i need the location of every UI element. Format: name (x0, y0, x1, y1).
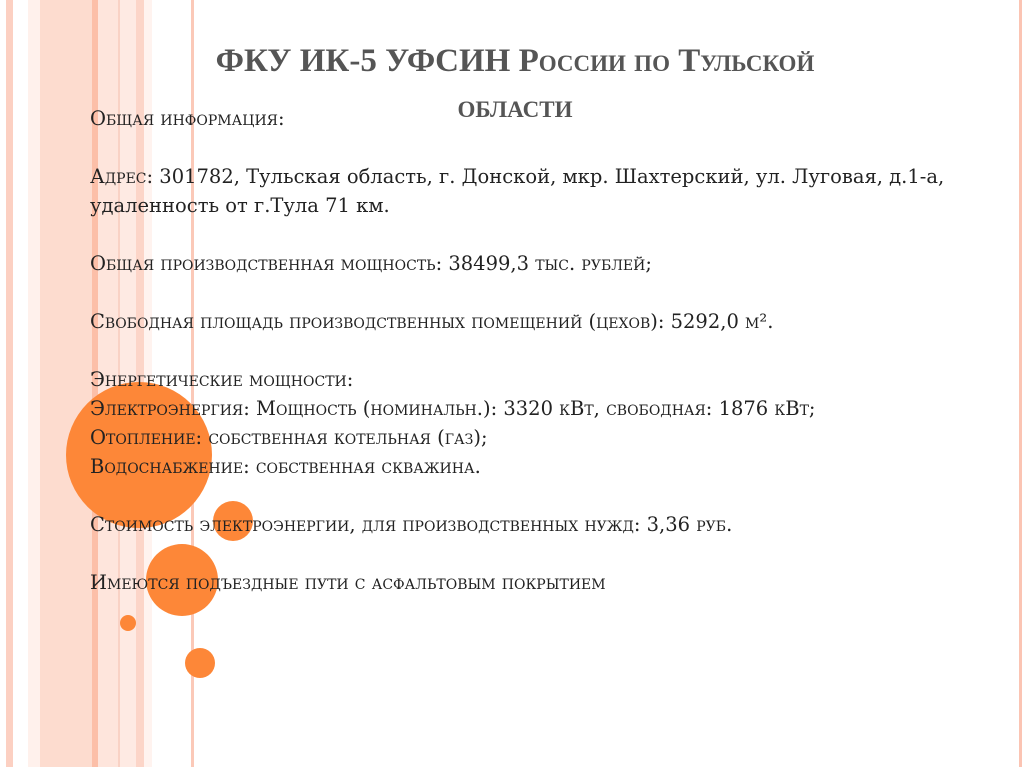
slide: ФКУ ИК-5 УФСИН России по Тульской област… (0, 0, 1024, 767)
electricity: Электроэнергия: Мощность (номинальн.): 3… (90, 394, 970, 423)
general-info-label: Общая информация: (90, 104, 970, 133)
decor-stripe (40, 0, 92, 767)
decor-circle (185, 648, 215, 678)
decor-circle-small (120, 615, 136, 631)
slide-body: Общая информация: Адрес: 301782, Тульска… (90, 104, 970, 597)
water-supply: Водоснабжение: собственная скважина. (90, 452, 970, 481)
decor-stripe (6, 0, 13, 767)
decor-stripe (28, 0, 40, 767)
electricity-cost: Стоимость электроэнергии, для производст… (90, 510, 970, 539)
production-capacity: Общая производственная мощность: 38499,3… (90, 249, 970, 278)
title-line-1: ФКУ ИК-5 УФСИН России по Тульской (100, 38, 930, 84)
address-label: Адрес: (90, 165, 153, 188)
energy-heading: Энергетические мощности: (90, 365, 970, 394)
address-value: 301782, Тульская область, г. Донской, мк… (90, 165, 944, 217)
access-roads: Имеются подъездные пути с асфальтовым по… (90, 568, 970, 597)
free-area: Свободная площадь производственных помещ… (90, 307, 970, 336)
heating: Отопление: собственная котельная (газ); (90, 423, 970, 452)
decor-stripe-right (1019, 0, 1022, 767)
address: Адрес: 301782, Тульская область, г. Донс… (90, 162, 970, 220)
